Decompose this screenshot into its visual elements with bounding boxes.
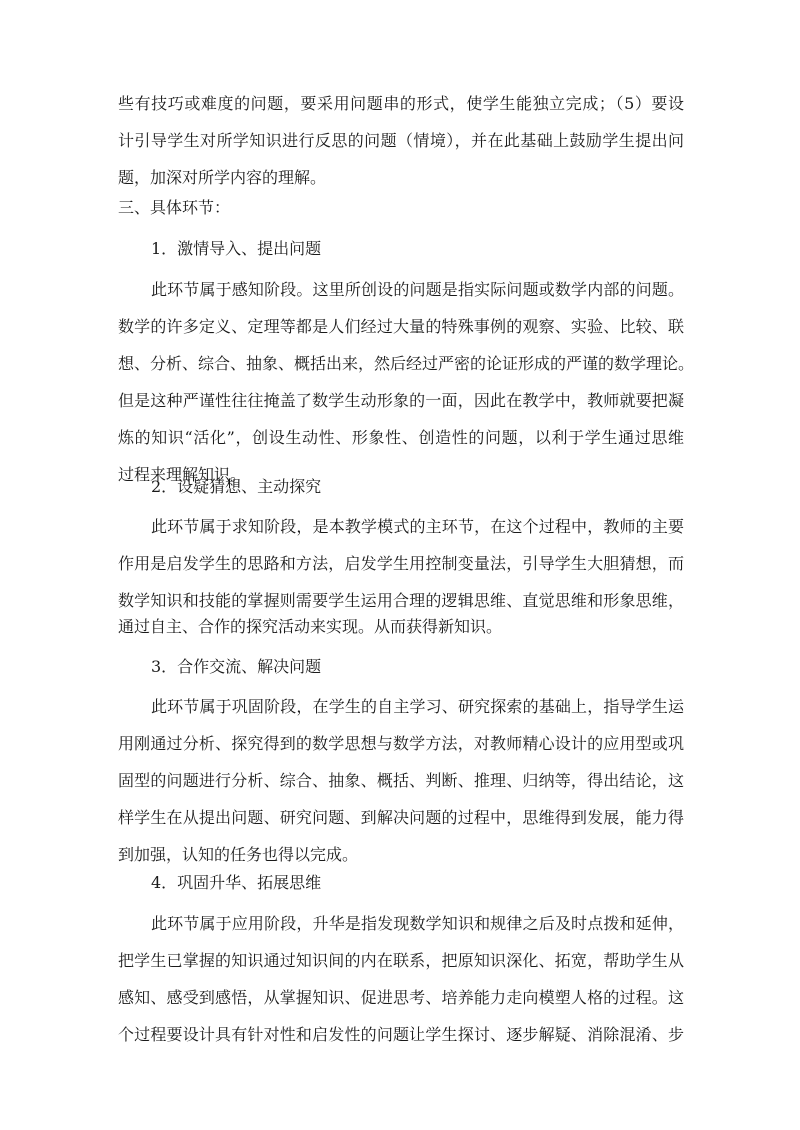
paragraph-line: 但是这种严谨性往往掩盖了数学生动形象的一面，因此在教学中，教师就要把凝 [118, 389, 684, 413]
paragraph-line: 个过程要设计具有针对性和启发性的问题让学生探讨、逐步解疑、消除混淆、步 [118, 1023, 684, 1047]
paragraph-line: 炼的知识“活化”，创设生动性、形象性、创造性的问题，以利于学生通过思维 [118, 426, 684, 450]
paragraph-line: 数学知识和技能的掌握则需要学生运用合理的逻辑思维、直觉思维和形象思维， [118, 589, 684, 613]
document-page: 些有技巧或难度的问题，要采用问题串的形式，使学生能独立完成；（5）要设 计引导学… [0, 0, 800, 1130]
paragraph-line: 些有技巧或难度的问题，要采用问题串的形式，使学生能独立完成；（5）要设 [118, 92, 684, 116]
paragraph-line: 固型的问题进行分析、综合、抽象、概括、判断、推理、归纳等，得出结论，这 [118, 769, 684, 793]
paragraph-line: 想、分析、综合、抽象、概括出来，然后经过严密的论证形成的严谨的数学理论。 [118, 352, 684, 376]
paragraph-line: 样学生在从提出问题、研究问题、到解决问题的过程中，思维得到发展，能力得 [118, 806, 684, 830]
paragraph-line: 题，加深对所学内容的理解。 [118, 166, 684, 190]
paragraph-line: 此环节属于求知阶段，是本教学模式的主环节，在这个过程中，教师的主要 [151, 515, 684, 539]
paragraph-line: 此环节属于巩固阶段，在学生的自主学习、研究探索的基础上，指导学生运 [151, 695, 684, 719]
paragraph-line: 此环节属于应用阶段，升华是指发现数学知识和规律之后及时点拨和延伸， [151, 912, 684, 936]
paragraph-line: 把学生已掌握的知识通过知识间的内在联系，把原知识深化、拓宽，帮助学生从 [118, 949, 684, 973]
paragraph-line: 到加强，认知的任务也得以完成。 [118, 843, 684, 867]
paragraph-line: 用刚通过分析、探究得到的数学思想与数学方法，对教师精心设计的应用型或巩 [118, 732, 684, 756]
section-heading: 三、具体环节： [118, 196, 684, 220]
paragraph-line: 通过自主、合作的探究活动来实现。从而获得新知识。 [118, 615, 684, 639]
paragraph-line: 此环节属于感知阶段。这里所创设的问题是指实际问题或数学内部的问题。 [151, 278, 684, 302]
step-heading: 3．合作交流、解决问题 [151, 655, 321, 679]
step-heading: 1．激情导入、提出问题 [151, 237, 321, 261]
step-heading: 4．巩固升华、拓展思维 [151, 871, 321, 895]
step-heading: 2．设疑猜想、主动探究 [151, 475, 321, 499]
paragraph-line: 数学的许多定义、定理等都是人们经过大量的特殊事例的观察、实验、比较、联 [118, 315, 684, 339]
paragraph-line: 作用是启发学生的思路和方法，启发学生用控制变量法，引导学生大胆猜想，而 [118, 552, 684, 576]
paragraph-line: 计引导学生对所学知识进行反思的问题（情境），并在此基础上鼓励学生提出问 [118, 129, 684, 153]
paragraph-line: 感知、感受到感悟，从掌握知识、促进思考、培养能力走向模塑人格的过程。这 [118, 986, 684, 1010]
